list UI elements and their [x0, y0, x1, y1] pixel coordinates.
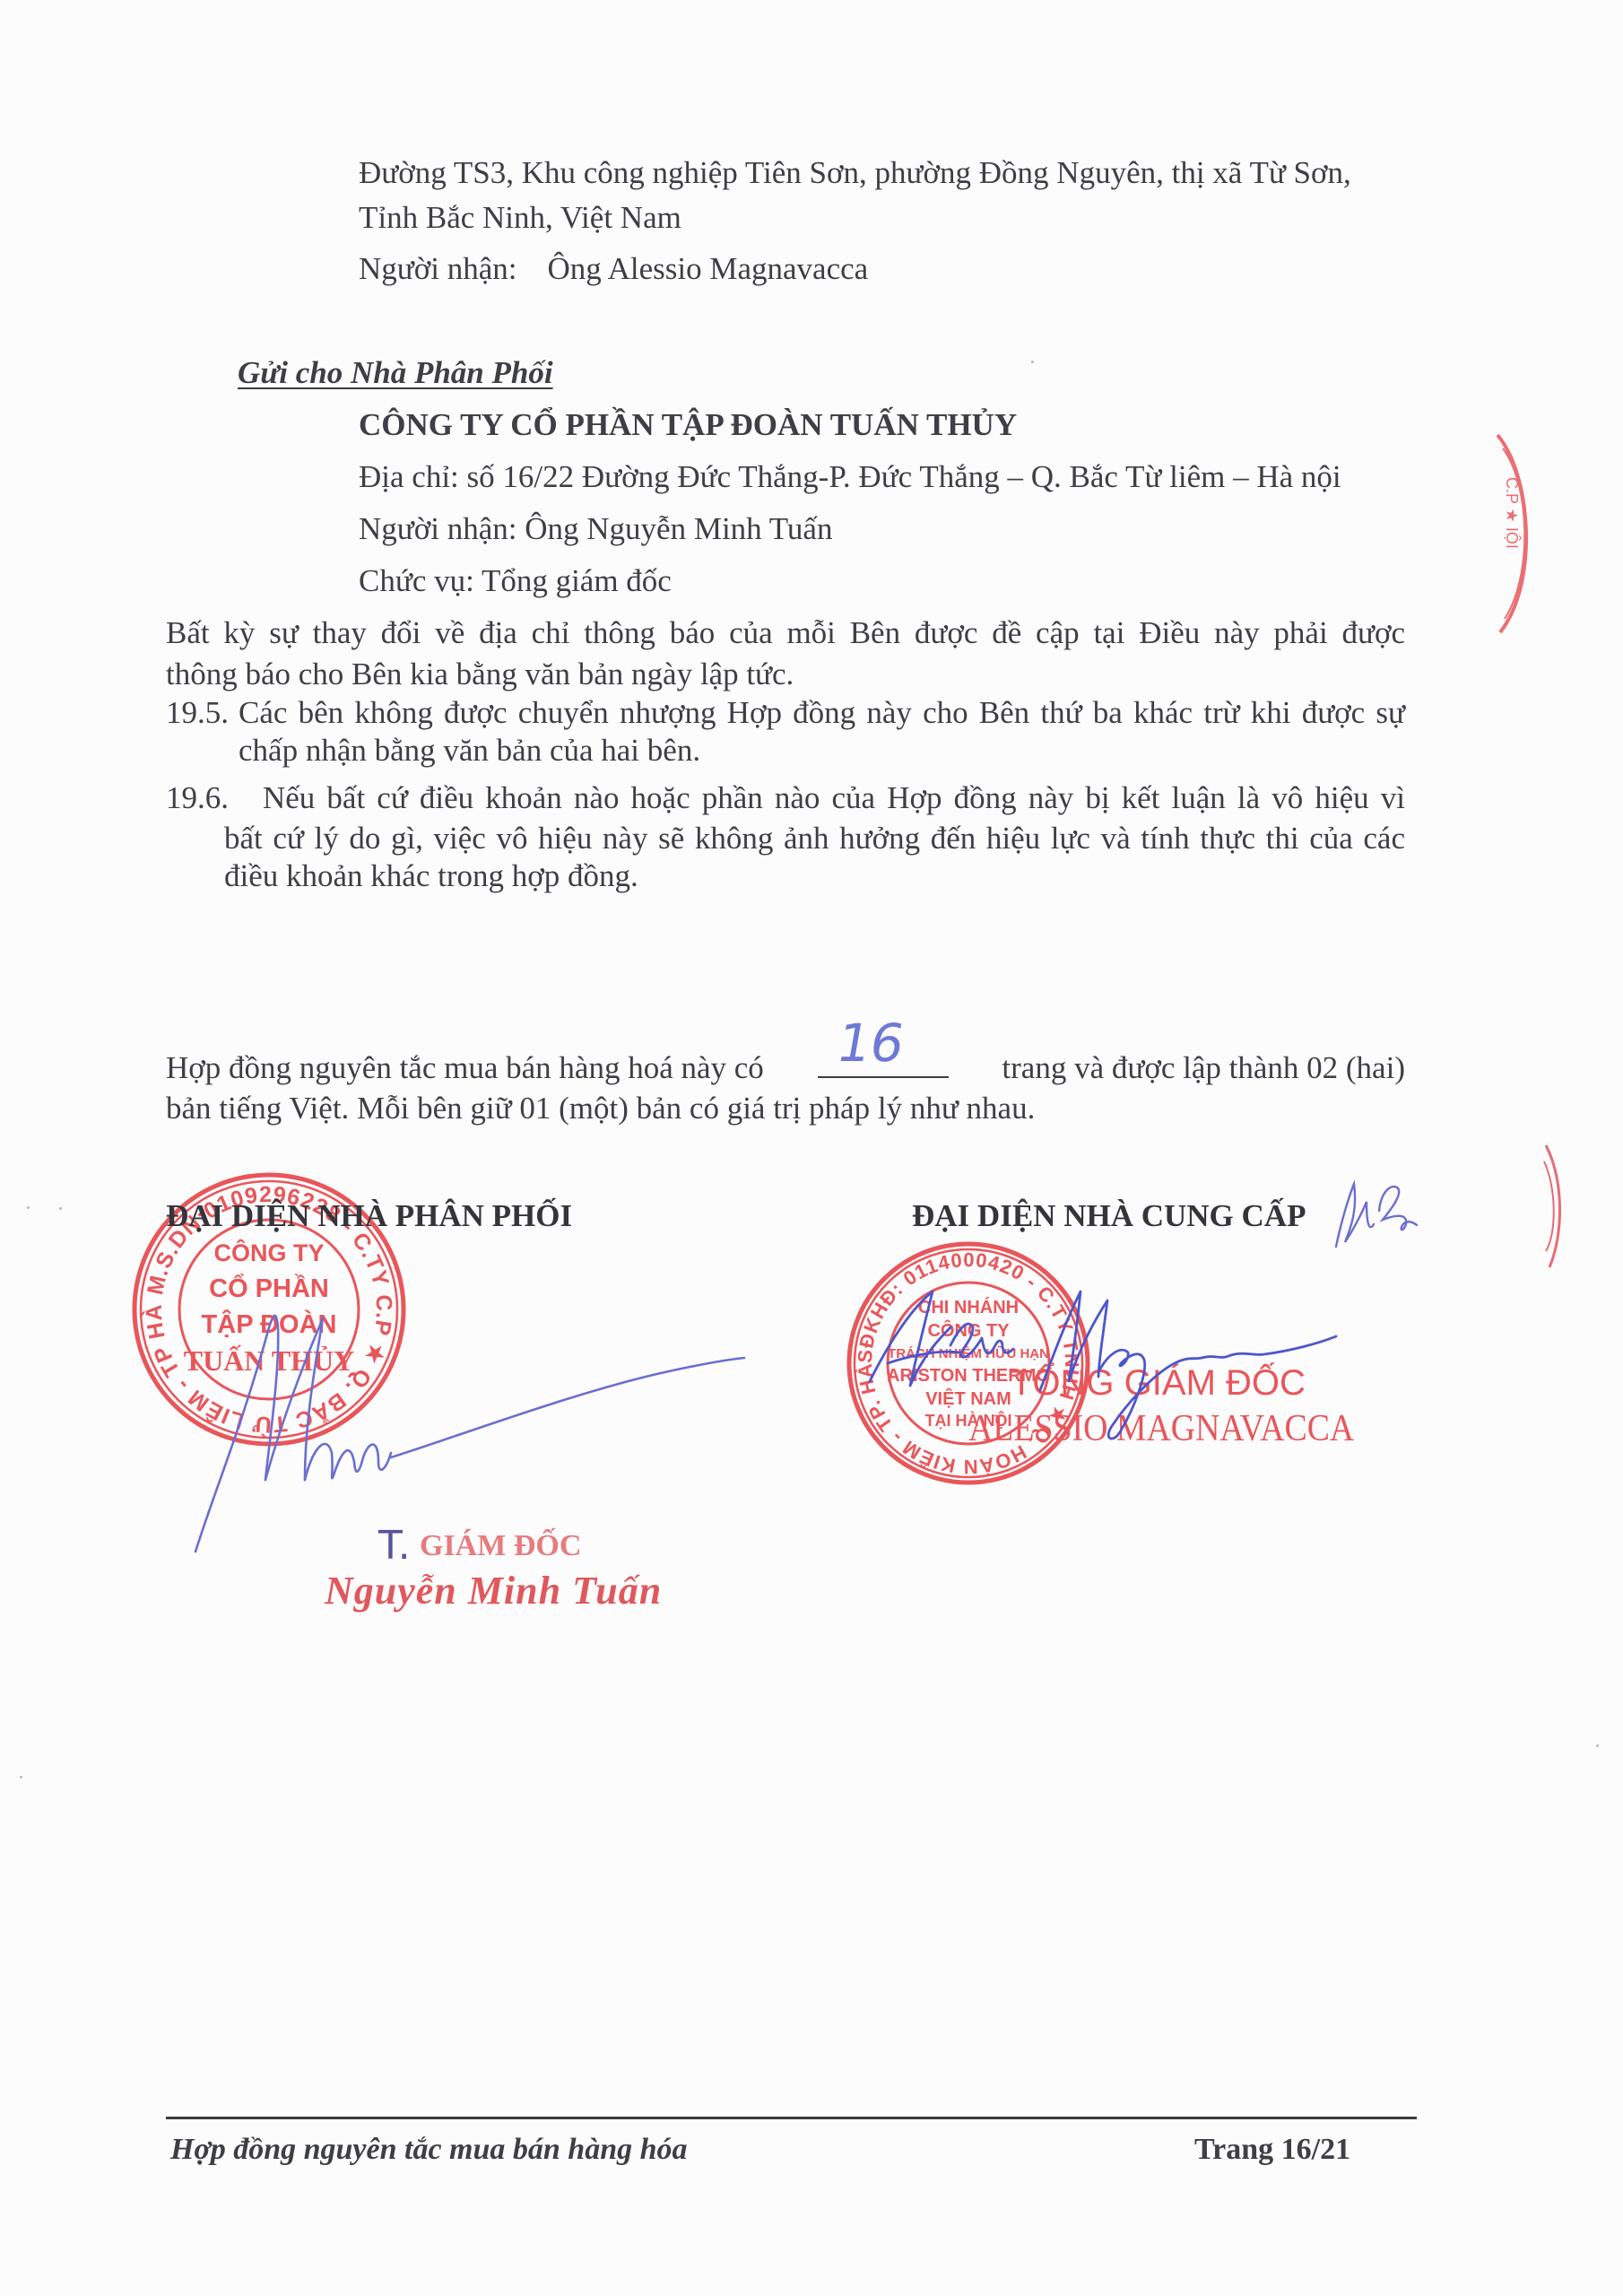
svg-text:CÔNG TY: CÔNG TY	[927, 1319, 1010, 1341]
footer-divider	[166, 2117, 1417, 2119]
supplier-recipient: Người nhận:Ông Alessio Magnavacca	[359, 253, 868, 284]
scan-speck	[1031, 361, 1034, 363]
svg-text:CỔ PHẦN: CỔ PHẦN	[209, 1273, 329, 1303]
side-stamp-fragment-top: C.P ★ IỘI	[1496, 430, 1549, 637]
svg-text:TUẤN THỦY: TUẤN THỦY	[184, 1344, 355, 1377]
clause-19-5-line-1: Các bên không được chuyển nhượng Hợp đồn…	[239, 697, 1405, 728]
page-count-blank: 16	[818, 1051, 949, 1078]
clause-19-6-line-2: bất cứ lý do gì, việc vô hiệu này sẽ khô…	[224, 822, 1405, 854]
distributor-address: Địa chỉ: số 16/22 Đường Đức Thắng-P. Đức…	[359, 461, 1341, 492]
supplier-signatory-title: TỔNG GIÁM ĐỐC	[1011, 1365, 1306, 1401]
supplier-initials	[1327, 1175, 1435, 1256]
change-notice-line-2: thông báo cho Bên kia bằng văn bản ngày …	[166, 658, 794, 690]
clause-19-6-line-3: điều khoản khác trong hợp đồng.	[224, 860, 638, 891]
change-notice-line-1: Bất kỳ sự thay đổi về địa chỉ thông báo …	[166, 617, 1405, 648]
distributor-recipient: Người nhận: Ông Nguyễn Minh Tuấn	[359, 513, 832, 544]
svg-text:C.P ★ IỘI: C.P ★ IỘI	[1503, 477, 1522, 549]
svg-text:CHI NHÁNH: CHI NHÁNH	[918, 1297, 1019, 1318]
distributor-title-prefix-handwritten: T.	[378, 1526, 411, 1566]
clause-19-6-number: 19.6.	[166, 782, 229, 813]
footer-document-title: Hợp đồng nguyên tắc mua bán hàng hóa	[170, 2135, 688, 2165]
scan-speck	[1596, 1744, 1599, 1747]
clause-19-6-line-1: Nếu bất cứ điều khoản nào hoặc phần nào …	[263, 782, 1405, 813]
svg-text:TRÁCH NHIỆM HỮU HẠN: TRÁCH NHIỆM HỮU HẠN	[888, 1345, 1049, 1361]
closing-line-1: Hợp đồng nguyên tắc mua bán hàng hoá này…	[166, 1051, 1405, 1083]
supplier-signatory-name: ALESSIO MAGNAVACCA	[968, 1410, 1354, 1448]
scan-speck	[27, 1206, 30, 1209]
footer-page-number: Trang 16/21	[1194, 2135, 1350, 2165]
svg-text:CÔNG TY: CÔNG TY	[213, 1239, 324, 1266]
closing-text-after: trang và được lập thành 02 (hai)	[1002, 1052, 1405, 1083]
distributor-signatory-title: GIÁM ĐỐC	[420, 1531, 581, 1561]
distributor-signature-heading: ĐẠI DIỆN NHÀ PHÂN PHỐI	[166, 1200, 572, 1231]
distributor-signatory-name: Nguyễn Minh Tuấn	[325, 1571, 662, 1611]
distributor-notice-heading: Gửi cho Nhà Phân Phối	[238, 357, 553, 388]
scan-speck	[20, 1776, 22, 1779]
page-count-handwritten: 16	[832, 1017, 907, 1069]
supplier-address-line-2: Tỉnh Bắc Ninh, Việt Nam	[359, 202, 681, 233]
supplier-recipient-label: Người nhận:	[359, 251, 517, 286]
clause-19-5-line-2: chấp nhận bằng văn bản của hai bên.	[239, 735, 700, 766]
supplier-recipient-name: Ông Alessio Magnavacca	[548, 251, 869, 286]
clause-19-5-number: 19.5.	[166, 697, 229, 728]
supplier-address-line-1: Đường TS3, Khu công nghiệp Tiên Sơn, phư…	[359, 157, 1351, 188]
closing-line-2: bản tiếng Việt. Mỗi bên giữ 01 (một) bản…	[166, 1092, 1035, 1124]
svg-text:TẬP ĐOÀN: TẬP ĐOÀN	[202, 1309, 337, 1339]
svg-text:VIỆT NAM: VIỆT NAM	[925, 1387, 1011, 1409]
closing-text-before: Hợp đồng nguyên tắc mua bán hàng hoá này…	[166, 1052, 764, 1083]
distributor-position: Chức vụ: Tổng giám đốc	[359, 565, 672, 596]
side-stamp-fragment-bottom	[1542, 1144, 1578, 1269]
scan-speck	[59, 1207, 62, 1210]
supplier-signature-heading: ĐẠI DIỆN NHÀ CUNG CẤP	[912, 1200, 1306, 1231]
distributor-company-name: CÔNG TY CỔ PHẦN TẬP ĐOÀN TUẤN THỦY	[359, 409, 1017, 440]
